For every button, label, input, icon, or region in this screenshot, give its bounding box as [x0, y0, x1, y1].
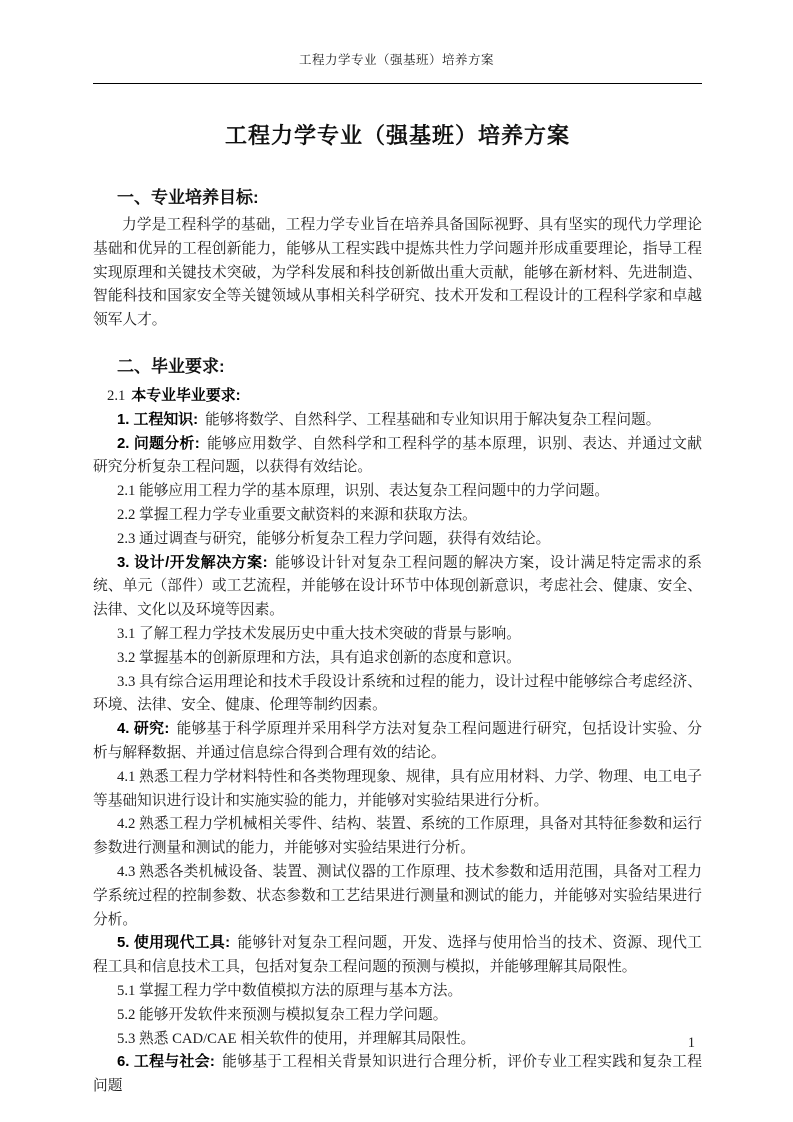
req-sub-4-3: 4.3 熟悉各类机械设备、装置、测试仪器的工作原理、技术参数和适用范围，具备对工…	[93, 861, 702, 932]
req-sub-4-2: 4.2 熟悉工程力学机械相关零件、结构、装置、系统的工作原理，具备对其特征参数和…	[93, 813, 702, 861]
page-number: 1	[0, 1034, 793, 1052]
req-item-6: 6. 工程与社会:能够基于工程相关背景知识进行合理分析，评价专业工程实践和复杂工…	[93, 1051, 702, 1099]
req-item-1-label: 1. 工程知识:	[117, 412, 198, 428]
req-item-3: 3. 设计/开发解决方案:能够设计针对复杂工程问题的解决方案，设计满足特定需求的…	[93, 552, 702, 623]
header-rule	[93, 83, 702, 84]
req-sub-3-1: 3.1 了解工程力学技术发展历史中重大技术突破的背景与影响。	[93, 623, 702, 647]
req-item-1-text: 能够将数学、自然科学、工程基础和专业知识用于解决复杂工程问题。	[205, 412, 660, 428]
req-sub-4-1: 4.1 熟悉工程力学材料特性和各类物理现象、规律，具有应用材料、力学、物理、电工…	[93, 766, 702, 814]
requirements-intro-label: 本专业毕业要求:	[131, 388, 240, 404]
req-item-5-label: 5. 使用现代工具:	[117, 935, 230, 951]
req-item-3-label: 3. 设计/开发解决方案:	[117, 555, 268, 571]
req-sub-2-1: 2.1 能够应用工程力学的基本原理，识别、表达复杂工程问题中的力学问题。	[93, 480, 702, 504]
req-sub-5-2: 5.2 能够开发软件来预测与模拟复杂工程力学问题。	[93, 1004, 702, 1028]
running-header: 工程力学专业（强基班）培养方案	[0, 53, 793, 68]
req-item-4-label: 4. 研究:	[117, 721, 169, 737]
section-2-heading: 二、毕业要求:	[93, 355, 702, 379]
document-content: 工程力学专业（强基班）培养方案 一、专业培养目标: 力学是工程科学的基础，工程力…	[93, 122, 702, 1099]
req-item-2: 2. 问题分析:能够应用数学、自然科学和工程科学的基本原理，识别、表达、并通过文…	[93, 433, 702, 481]
req-sub-3-2: 3.2 掌握基本的创新原理和方法，具有追求创新的态度和意识。	[93, 647, 702, 671]
req-item-4: 4. 研究:能够基于科学原理并采用科学方法对复杂工程问题进行研究，包括设计实验、…	[93, 718, 702, 766]
req-sub-2-3: 2.3 通过调查与研究，能够分析复杂工程力学问题，获得有效结论。	[93, 528, 702, 552]
req-item-5: 5. 使用现代工具:能够针对复杂工程问题，开发、选择与使用恰当的技术、资源、现代…	[93, 932, 702, 980]
section-1-heading: 一、专业培养目标:	[93, 186, 702, 210]
req-sub-2-2: 2.2 掌握工程力学专业重要文献资料的来源和获取方法。	[93, 504, 702, 528]
req-item-6-label: 6. 工程与社会:	[117, 1054, 215, 1070]
req-sub-3-3: 3.3 具有综合运用理论和技术手段设计系统和过程的能力，设计过程中能够综合考虑经…	[93, 671, 702, 719]
document-title: 工程力学专业（强基班）培养方案	[93, 122, 702, 150]
objectives-paragraph: 力学是工程科学的基础，工程力学专业旨在培养具备国际视野、具有坚实的现代力学理论基…	[93, 214, 702, 333]
req-item-4-text: 能够基于科学原理并采用科学方法对复杂工程问题进行研究，包括设计实验、分析与解释数…	[93, 721, 702, 761]
req-item-1: 1. 工程知识:能够将数学、自然科学、工程基础和专业知识用于解决复杂工程问题。	[93, 409, 702, 433]
running-header-text: 工程力学专业（强基班）培养方案	[299, 53, 494, 67]
req-item-2-label: 2. 问题分析:	[117, 436, 200, 452]
requirements-intro: 2.1本专业毕业要求:	[93, 385, 702, 409]
requirements-intro-number: 2.1	[107, 388, 125, 404]
document-page: 工程力学专业（强基班）培养方案 工程力学专业（强基班）培养方案 一、专业培养目标…	[0, 0, 793, 1122]
req-sub-5-1: 5.1 掌握工程力学中数值模拟方法的原理与基本方法。	[93, 980, 702, 1004]
